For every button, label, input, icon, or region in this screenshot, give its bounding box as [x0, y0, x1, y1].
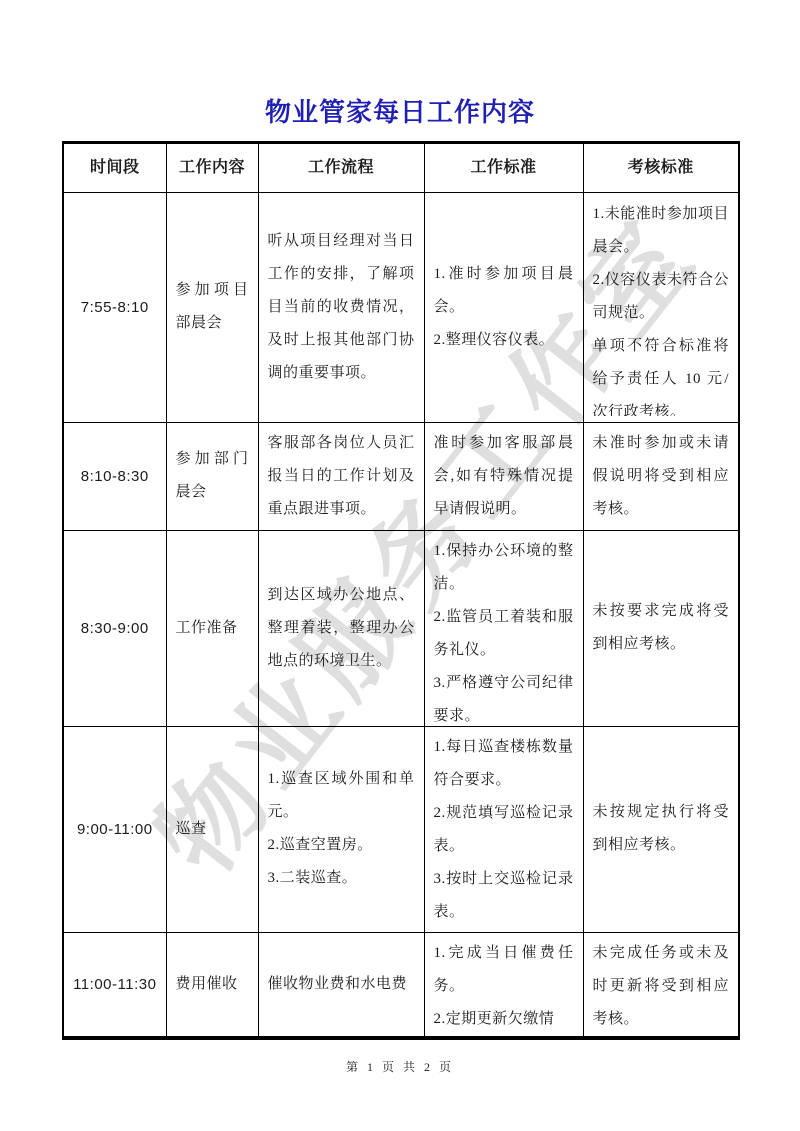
col-header-work-content: 工作内容	[166, 142, 258, 192]
cell-assessment-standard: 未准时参加或未请假说明将受到相应考核。	[583, 422, 739, 530]
cell-time: 11:00-11:30	[63, 932, 166, 1038]
page-title: 物业管家每日工作内容	[0, 0, 800, 130]
cell-work-process: 客服部各岗位人员汇报当日的工作计划及重点跟进事项。	[258, 422, 424, 530]
table-row: 8:30-9:00 工作准备 到达区域办公地点、整理着装，整理办公地点的环境卫生…	[63, 530, 739, 726]
col-header-assessment-standard: 考核标准	[583, 142, 739, 192]
cell-time: 8:10-8:30	[63, 422, 166, 530]
cell-work-process: 听从项目经理对当日工作的安排，了解项目当前的收费情况，及时上报其他部门协调的重要…	[258, 192, 424, 422]
col-header-time: 时间段	[63, 142, 166, 192]
cell-time: 8:30-9:00	[63, 530, 166, 726]
daily-work-table: 时间段 工作内容 工作流程 工作标准 考核标准 7:55-8:10 参加项目部晨…	[62, 141, 740, 1040]
cell-work-standard: 1.每日巡查楼栋数量符合要求。 2.规范填写巡检记录表。 3.按时上交巡检记录表…	[424, 726, 583, 932]
cell-work-standard: 准时参加客服部晨会,如有特殊情况提早请假说明。	[424, 422, 583, 530]
cell-work-process: 到达区域办公地点、整理着装，整理办公地点的环境卫生。	[258, 530, 424, 726]
col-header-work-standard: 工作标准	[424, 142, 583, 192]
cell-work-standard: 1.保持办公环境的整洁。 2.监管员工着装和服务礼仪。 3.严格遵守公司纪律要求…	[424, 530, 583, 726]
cell-time: 9:00-11:00	[63, 726, 166, 932]
page-footer: 第 1 页 共 2 页	[0, 1058, 800, 1075]
cell-work-content: 费用催收	[166, 932, 258, 1038]
cell-time: 7:55-8:10	[63, 192, 166, 422]
cell-assessment-standard: 未按要求完成将受到相应考核。	[583, 530, 739, 726]
cell-assessment-standard: 1.未能准时参加项目晨会。 2.仪容仪表未符合公司规范。 单项不符合标准将给予责…	[583, 192, 739, 422]
table-row: 11:00-11:30 费用催收 催收物业费和水电费 1.完成当日催费任务。 2…	[63, 932, 739, 1038]
cell-work-content: 参加项目部晨会	[166, 192, 258, 422]
cell-work-content: 参加部门晨会	[166, 422, 258, 530]
cell-work-standard: 1.准时参加项目晨会。 2.整理仪容仪表。	[424, 192, 583, 422]
cell-assessment-standard: 未完成任务或未及时更新将受到相应考核。	[583, 932, 739, 1038]
table-row: 7:55-8:10 参加项目部晨会 听从项目经理对当日工作的安排，了解项目当前的…	[63, 192, 739, 422]
table-row: 9:00-11:00 巡查 1.巡查区域外围和单元。 2.巡查空置房。 3.二装…	[63, 726, 739, 932]
cell-work-process: 催收物业费和水电费	[258, 932, 424, 1038]
cell-work-process: 1.巡查区域外围和单元。 2.巡查空置房。 3.二装巡查。	[258, 726, 424, 932]
col-header-work-process: 工作流程	[258, 142, 424, 192]
document-page: 物业服务工作室 物业管家每日工作内容 时间段 工作内容 工作流程 工作标准 考核…	[0, 0, 800, 1131]
table-header-row: 时间段 工作内容 工作流程 工作标准 考核标准	[63, 142, 739, 192]
cell-assessment-standard: 未按规定执行将受到相应考核。	[583, 726, 739, 932]
cell-work-standard: 1.完成当日催费任务。 2.定期更新欠缴情	[424, 932, 583, 1038]
table-row: 8:10-8:30 参加部门晨会 客服部各岗位人员汇报当日的工作计划及重点跟进事…	[63, 422, 739, 530]
cell-work-content: 工作准备	[166, 530, 258, 726]
cell-work-content: 巡查	[166, 726, 258, 932]
